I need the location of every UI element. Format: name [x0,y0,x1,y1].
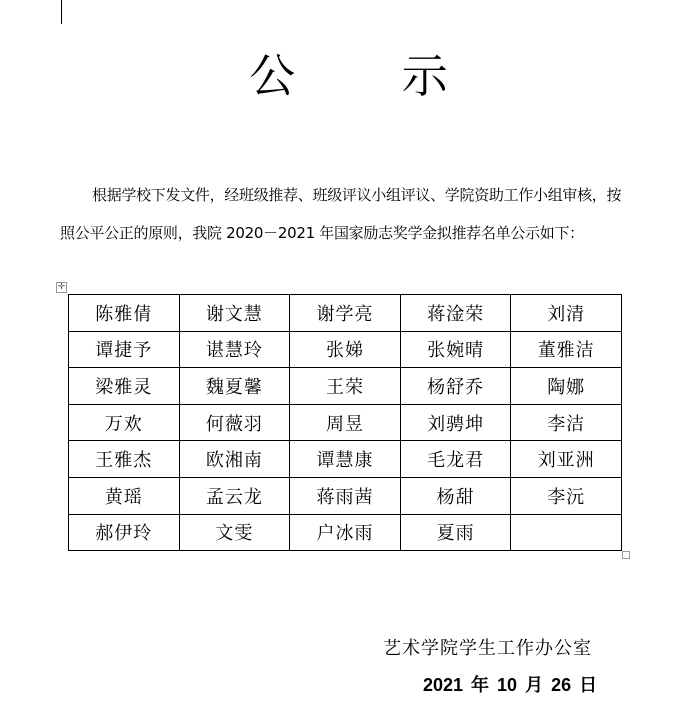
names-table: 陈雅倩 谢文慧 谢学亮 蒋淦荣 刘清 谭捷予 谌慧玲 张娣 张婉晴 董雅洁 梁雅… [68,294,622,551]
table-cell[interactable]: 刘骋坤 [400,404,511,441]
table-cell[interactable]: 董雅洁 [511,331,622,368]
table-row: 黄瑶 孟云龙 蒋雨茜 杨甜 李沅 [69,477,622,514]
table-cell[interactable]: 黄瑶 [69,477,180,514]
signature-office: 艺术学院学生工作办公室 [383,634,592,660]
table-cell[interactable]: 刘亚洲 [511,441,622,478]
table-cell[interactable]: 蒋雨茜 [290,477,401,514]
table-cell[interactable]: 谌慧玲 [179,331,290,368]
table-cell[interactable]: 张婉晴 [400,331,511,368]
document-title: 公 示 [0,48,697,104]
table-cell[interactable]: 李沅 [511,477,622,514]
table-row: 郝伊玲 文雯 户冰雨 夏雨 [69,514,622,551]
table-cell[interactable]: 孟云龙 [179,477,290,514]
table-cell[interactable]: 万欢 [69,404,180,441]
table-cell[interactable]: 户冰雨 [290,514,401,551]
table-resize-handle-icon[interactable] [622,551,630,559]
table-cell[interactable]: 王雅杰 [69,441,180,478]
table-cell[interactable]: 欧湘南 [179,441,290,478]
signature-date: 2021 年 10 月 26 日 [423,671,597,697]
table-cell[interactable]: 梁雅灵 [69,368,180,405]
table-cell[interactable]: 陈雅倩 [69,295,180,332]
announcement-paragraph: 根据学校下发文件，经班级推荐、班级评议小组评议、学院资助工作小组审核，按照公平公… [60,176,626,252]
table-cell[interactable]: 谭慧康 [290,441,401,478]
table-row: 谭捷予 谌慧玲 张娣 张婉晴 董雅洁 [69,331,622,368]
table-cell[interactable]: 杨甜 [400,477,511,514]
table-cell[interactable]: 毛龙君 [400,441,511,478]
table-cell[interactable]: 魏夏馨 [179,368,290,405]
table-cell[interactable]: 李洁 [511,404,622,441]
table-row: 王雅杰 欧湘南 谭慧康 毛龙君 刘亚洲 [69,441,622,478]
table-cell[interactable]: 谢学亮 [290,295,401,332]
table-cell[interactable]: 杨舒乔 [400,368,511,405]
table-cell[interactable]: 刘清 [511,295,622,332]
table-row: 万欢 何薇羽 周昱 刘骋坤 李洁 [69,404,622,441]
table-row: 梁雅灵 魏夏馨 王荣 杨舒乔 陶娜 [69,368,622,405]
table-cell[interactable]: 谭捷予 [69,331,180,368]
table-cell[interactable]: 文雯 [179,514,290,551]
table-cell[interactable]: 谢文慧 [179,295,290,332]
table-cell[interactable]: 郝伊玲 [69,514,180,551]
table-cell[interactable]: 蒋淦荣 [400,295,511,332]
table-cell[interactable] [511,514,622,551]
table-cell[interactable]: 夏雨 [400,514,511,551]
table-cell[interactable]: 何薇羽 [179,404,290,441]
table-move-handle-icon[interactable]: ✛ [56,282,67,293]
text-cursor [61,0,62,24]
table-cell[interactable]: 王荣 [290,368,401,405]
table-cell[interactable]: 陶娜 [511,368,622,405]
table-row: 陈雅倩 谢文慧 谢学亮 蒋淦荣 刘清 [69,295,622,332]
table-cell[interactable]: 周昱 [290,404,401,441]
table-cell[interactable]: 张娣 [290,331,401,368]
